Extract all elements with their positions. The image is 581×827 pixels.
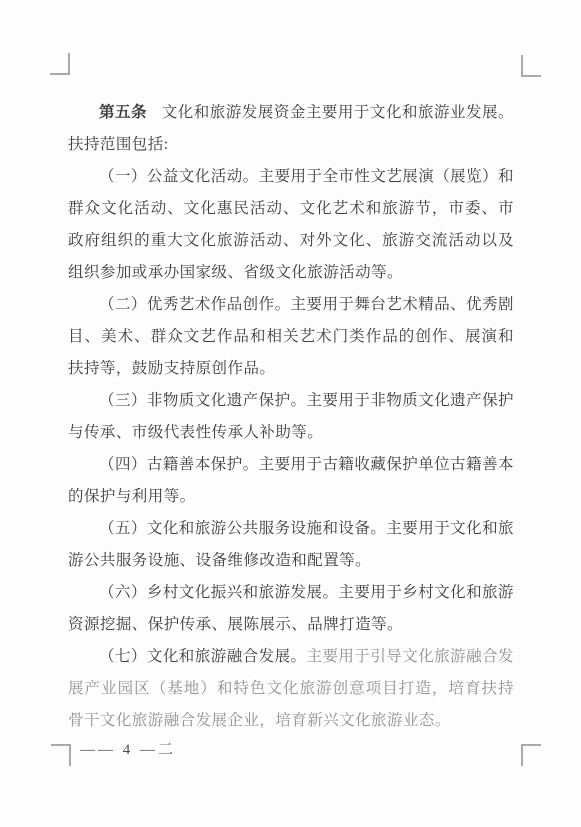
paragraph: （四）古籍善本保护。主要用于古籍收藏保护单位古籍善本的保护与利用等。 [68,449,514,513]
crop-mark-bottom-right [521,744,541,766]
page-number: —— 4 —二 [80,742,176,758]
crop-mark-top-left [50,53,70,75]
paragraph: 第五条文化和旅游发展资金主要用于文化和旅游业发展。扶持范围包括: [68,97,514,161]
document-page: 第五条文化和旅游发展资金主要用于文化和旅游业发展。扶持范围包括: （一）公益文化… [0,0,581,827]
paragraph: （六）乡村文化振兴和旅游发展。主要用于乡村文化和旅游资源挖掘、保护传承、展陈展示… [68,577,514,641]
article-number: 第五条 [99,104,147,121]
paragraph-text: （一）公益文化活动。主要用于全市性文艺展演（展览）和群众文化活动、文化惠民活动、… [68,168,514,281]
paragraph: （一）公益文化活动。主要用于全市性文艺展演（展览）和群众文化活动、文化惠民活动、… [68,161,514,289]
crop-mark-top-right [521,55,541,77]
paragraph-text: （七）文化和旅游融合发展。 [99,648,307,665]
paragraph: （二）优秀艺术作品创作。主要用于舞台艺术精品、优秀剧目、美术、群众文艺作品和相关… [68,289,514,385]
page-footer: —— 4 —二 [80,740,176,760]
paragraph-text: （六）乡村文化振兴和旅游发展。主要用于乡村文化和旅游资源挖掘、保护传承、展陈展示… [68,584,514,633]
paragraph-text: （五）文化和旅游公共服务设施和设备。主要用于文化和旅游公共服务设施、设备维修改造… [68,520,514,569]
document-body: 第五条文化和旅游发展资金主要用于文化和旅游业发展。扶持范围包括: （一）公益文化… [68,97,514,737]
crop-mark-bottom-left [51,744,71,766]
paragraph-text: （三）非物质文化遗产保护。主要用于非物质文化遗产保护与传承、市级代表性传承人补助… [68,392,514,441]
paragraph-text: （二）优秀艺术作品创作。主要用于舞台艺术精品、优秀剧目、美术、群众文艺作品和相关… [68,296,514,377]
paragraph: （三）非物质文化遗产保护。主要用于非物质文化遗产保护与传承、市级代表性传承人补助… [68,385,514,449]
paragraph: （七）文化和旅游融合发展。主要用于引导文化旅游融合发展产业园区（基地）和特色文化… [68,641,514,737]
paragraph-text: （四）古籍善本保护。主要用于古籍收藏保护单位古籍善本的保护与利用等。 [68,456,514,505]
paragraph: （五）文化和旅游公共服务设施和设备。主要用于文化和旅游公共服务设施、设备维修改造… [68,513,514,577]
